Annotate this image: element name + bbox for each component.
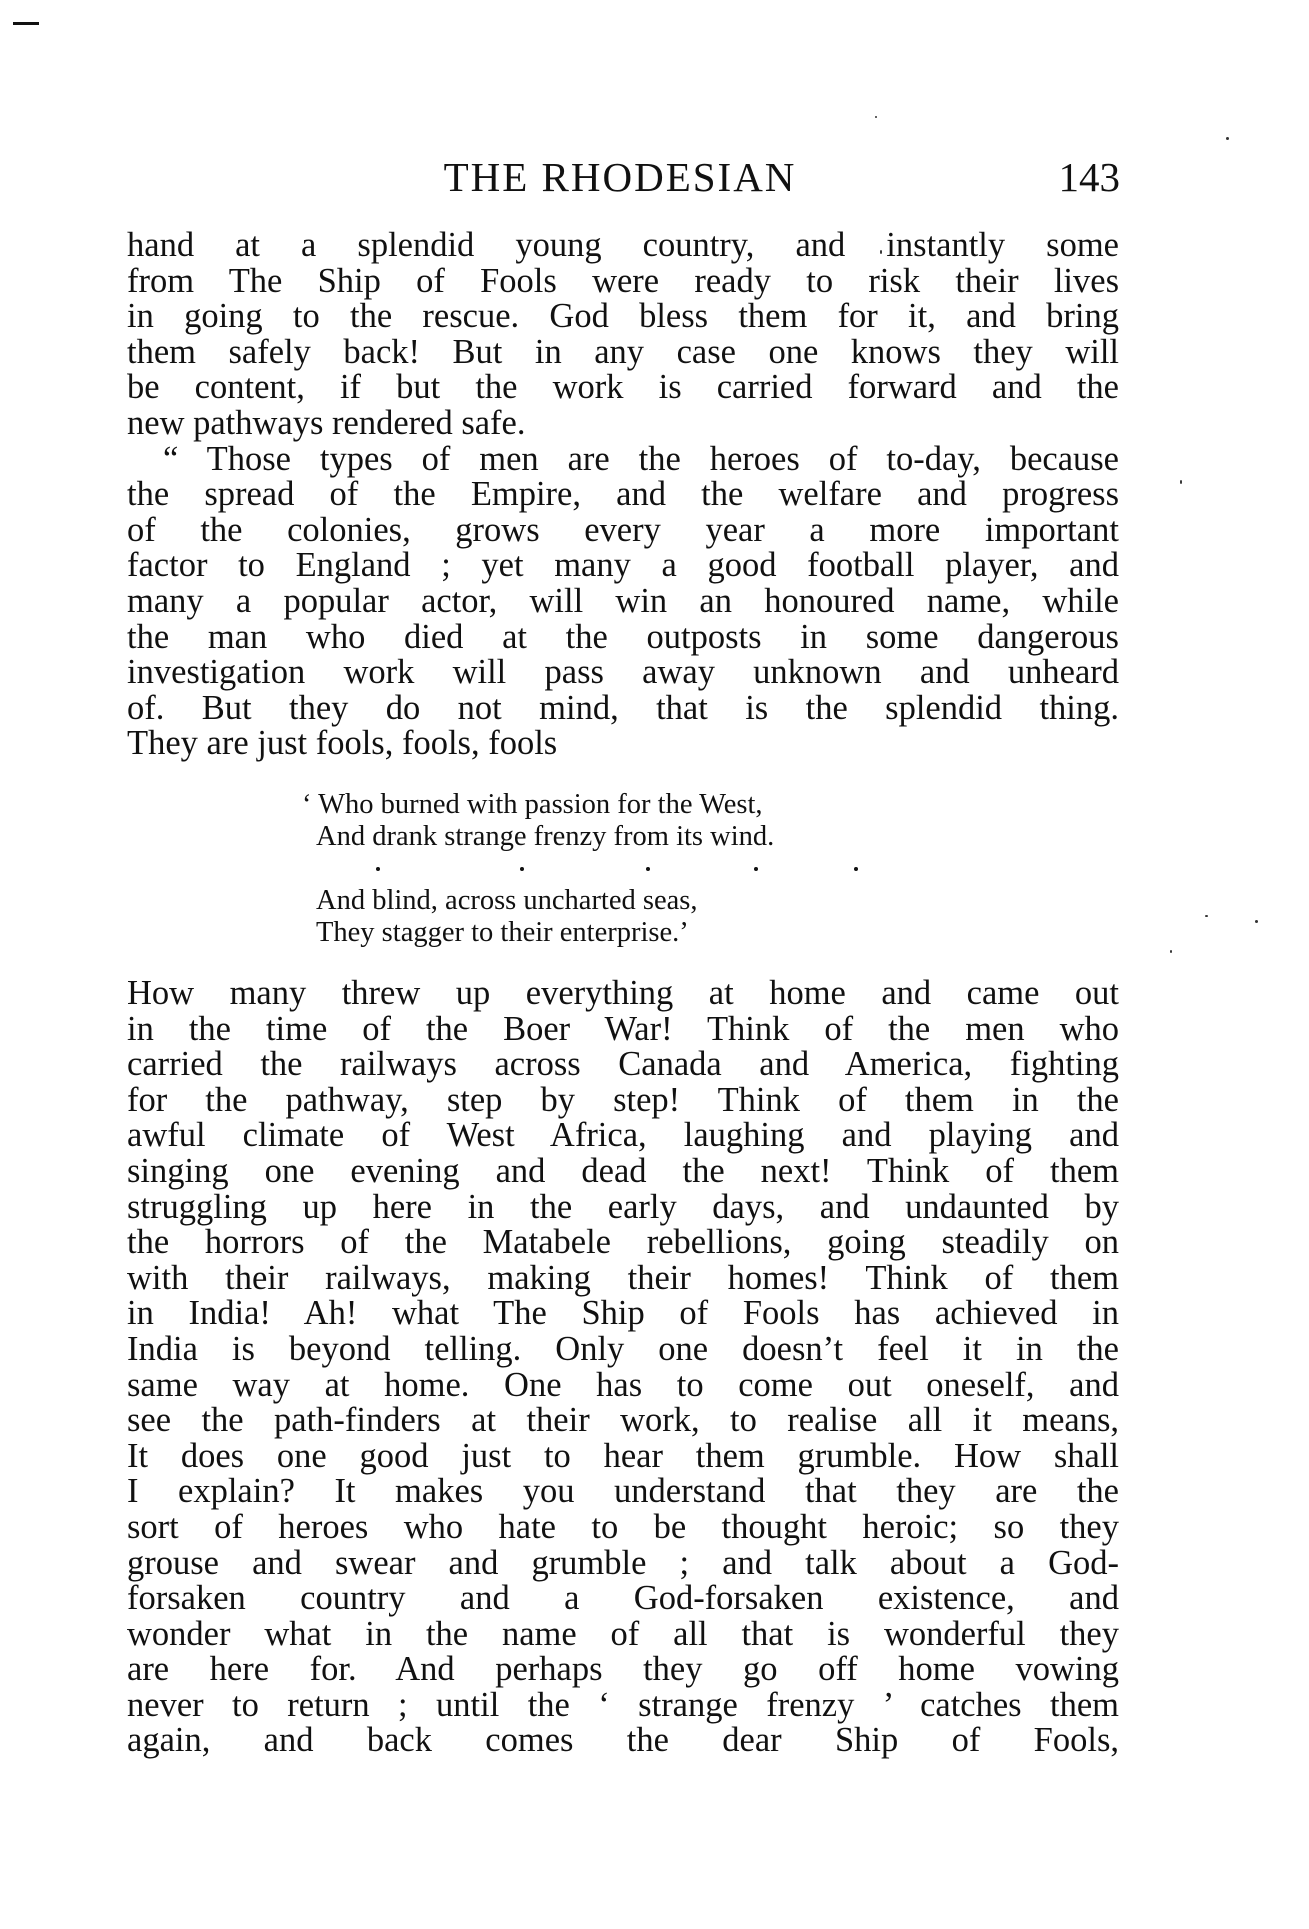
- running-header: THE RHODESIAN 143: [0, 152, 1309, 202]
- poem-line: ‘ Who burned with passion for the West,: [302, 789, 1002, 821]
- scan-speck: [1170, 950, 1172, 953]
- text-line: They are just fools, fools, fools: [127, 726, 1119, 762]
- text-line: investigation work will pass away unknow…: [127, 655, 1119, 691]
- text-line: new pathways rendered safe.: [127, 406, 1119, 442]
- book-page: THE RHODESIAN 143 hand at a splendid you…: [0, 0, 1309, 1929]
- text-line: of the colonies, grows every year a more…: [127, 513, 1119, 549]
- text-line: from The Ship of Fools were ready to ris…: [127, 264, 1119, 300]
- scan-speck: [1180, 480, 1182, 484]
- paragraph-1: hand at a splendid young country, and in…: [127, 228, 1119, 442]
- scan-speck: [1205, 915, 1208, 917]
- text-line: awful climate of West Africa, laughing a…: [127, 1118, 1119, 1154]
- text-line: grouse and swear and grumble ; and talk …: [127, 1546, 1119, 1582]
- text-line: sort of heroes who hate to be thought he…: [127, 1510, 1119, 1546]
- text-line: in going to the rescue. God bless them f…: [127, 299, 1119, 335]
- text-line: the spread of the Empire, and the welfar…: [127, 477, 1119, 513]
- text-line: them safely back! But in any case one kn…: [127, 335, 1119, 371]
- text-line: wonder what in the name of all that is w…: [127, 1617, 1119, 1653]
- text-line: factor to England ; yet many a good foot…: [127, 548, 1119, 584]
- text-line: for the pathway, step by step! Think of …: [127, 1083, 1119, 1119]
- poem-quotation: ‘ Who burned with passion for the West, …: [302, 789, 1002, 949]
- text-line: carried the railways across Canada and A…: [127, 1047, 1119, 1083]
- text-line: I explain? It makes you understand that …: [127, 1474, 1119, 1510]
- text-line: in the time of the Boer War! Think of th…: [127, 1012, 1119, 1048]
- scan-artifact-dash: [13, 22, 39, 25]
- running-title: THE RHODESIAN: [420, 152, 820, 202]
- text-line: How many threw up everything at home and…: [127, 976, 1119, 1012]
- paragraph-2: “ Those types of men are the heroes of t…: [127, 442, 1119, 762]
- poem-line: They stagger to their enterprise.’: [302, 917, 1002, 949]
- text-line: in India! Ah! what The Ship of Fools has…: [127, 1296, 1119, 1332]
- scan-speck: [1226, 137, 1229, 140]
- scan-speck: [1255, 920, 1258, 923]
- text-line: India is beyond telling. Only one doesn’…: [127, 1332, 1119, 1368]
- poem-line: And blind, across uncharted seas,: [302, 885, 1002, 917]
- text-line: the man who died at the outposts in some…: [127, 620, 1119, 656]
- text-line: again, and back comes the dear Ship of F…: [127, 1723, 1119, 1759]
- text-line: forsaken country and a God-forsaken exis…: [127, 1581, 1119, 1617]
- text-line: are here for. And perhaps they go off ho…: [127, 1652, 1119, 1688]
- page-number: 143: [1054, 152, 1120, 202]
- text-line: hand at a splendid young country, and in…: [127, 228, 1119, 264]
- text-line: see the path-finders at their work, to r…: [127, 1403, 1119, 1439]
- text-line: many a popular actor, will win an honour…: [127, 584, 1119, 620]
- text-line: It does one good just to hear them grumb…: [127, 1439, 1119, 1475]
- text-line: the horrors of the Matabele rebellions, …: [127, 1225, 1119, 1261]
- paragraph-3: How many threw up everything at home and…: [127, 976, 1119, 1759]
- poem-ellipsis: [302, 853, 1002, 885]
- text-line: of. But they do not mind, that is the sp…: [127, 691, 1119, 727]
- scan-speck: [875, 116, 877, 118]
- text-line: with their railways, making their homes!…: [127, 1261, 1119, 1297]
- text-line: never to return ; until the ‘ strange fr…: [127, 1688, 1119, 1724]
- text-line: “ Those types of men are the heroes of t…: [127, 442, 1119, 478]
- text-line: be content, if but the work is carried f…: [127, 370, 1119, 406]
- poem-line: And drank strange frenzy from its wind.: [302, 821, 1002, 853]
- text-line: struggling up here in the early days, an…: [127, 1190, 1119, 1226]
- text-line: singing one evening and dead the next! T…: [127, 1154, 1119, 1190]
- text-line: same way at home. One has to come out on…: [127, 1368, 1119, 1404]
